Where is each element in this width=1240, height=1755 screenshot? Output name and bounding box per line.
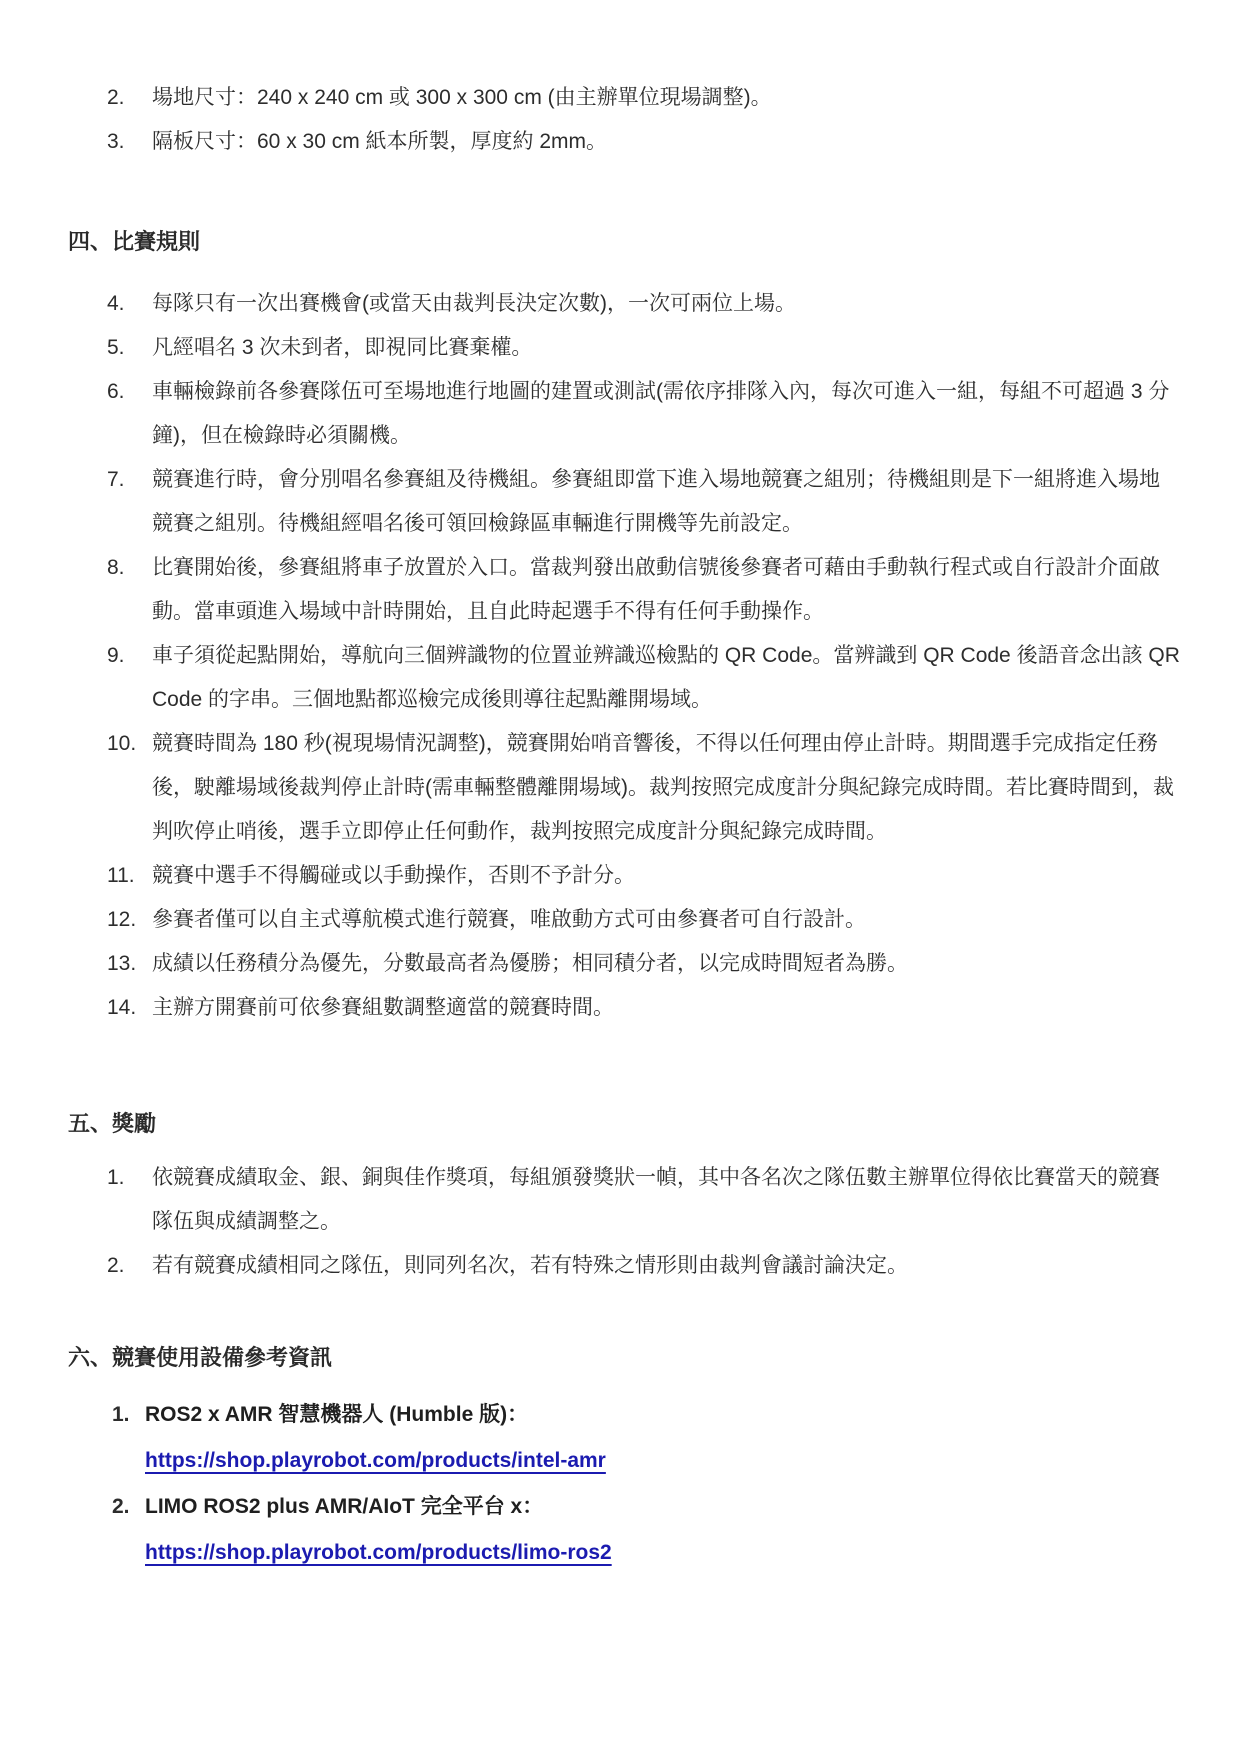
- equipment-link[interactable]: https://shop.playrobot.com/products/inte…: [145, 1449, 606, 1472]
- list-item-number: 3.: [107, 120, 152, 164]
- awards-list: 1. 依競賽成績取金、銀、銅與佳作獎項，每組頒發獎狀一幀，其中各名次之隊伍數主辦…: [107, 1156, 1180, 1288]
- list-item-text: 若有競賽成績相同之隊伍，則同列名次，若有特殊之情形則由裁判會議討論決定。: [152, 1244, 1180, 1288]
- list-item: 13. 成績以任務積分為優先，分數最高者為優勝；相同積分者，以完成時間短者為勝。: [107, 942, 1180, 986]
- equipment-item: 1. ROS2 x AMR 智慧機器人 (Humble 版)：: [112, 1392, 1180, 1438]
- list-item: 7. 競賽進行時，會分別唱名參賽組及待機組。參賽組即當下進入場地競賽之組別；待機…: [107, 458, 1180, 546]
- list-item-number: 1.: [112, 1392, 145, 1438]
- list-item-number: 6.: [107, 370, 152, 414]
- list-item-text: 競賽時間為 180 秒(視現場情況調整)，競賽開始哨音響後，不得以任何理由停止計…: [152, 722, 1180, 854]
- list-item: 8. 比賽開始後，參賽組將車子放置於入口。當裁判發出啟動信號後參賽者可藉由手動執…: [107, 546, 1180, 634]
- list-item-text: 凡經唱名 3 次未到者，即視同比賽棄權。: [152, 326, 1180, 370]
- list-item: 10. 競賽時間為 180 秒(視現場情況調整)，競賽開始哨音響後，不得以任何理…: [107, 722, 1180, 854]
- list-item: 2. 場地尺寸：240 x 240 cm 或 300 x 300 cm (由主辦…: [107, 76, 1180, 120]
- list-item-text: 依競賽成績取金、銀、銅與佳作獎項，每組頒發獎狀一幀，其中各名次之隊伍數主辦單位得…: [152, 1156, 1180, 1244]
- section-heading-awards: 五、獎勵: [68, 1102, 1180, 1146]
- list-item-text: 主辦方開賽前可依參賽組數調整適當的競賽時間。: [152, 986, 1180, 1030]
- list-item-text: 場地尺寸：240 x 240 cm 或 300 x 300 cm (由主辦單位現…: [152, 76, 1180, 120]
- list-item: 5. 凡經唱名 3 次未到者，即視同比賽棄權。: [107, 326, 1180, 370]
- list-item: 11. 競賽中選手不得觸碰或以手動操作，否則不予計分。: [107, 854, 1180, 898]
- section-heading-equipment: 六、競賽使用設備參考資訊: [68, 1336, 1180, 1380]
- equipment-item-label: LIMO ROS2 plus AMR/AIoT 完全平台 x：: [145, 1484, 1180, 1530]
- equipment-item-label: ROS2 x AMR 智慧機器人 (Humble 版)：: [145, 1392, 1180, 1438]
- section-heading-rules: 四、比賽規則: [68, 220, 1180, 264]
- list-item-text: 競賽進行時，會分別唱名參賽組及待機組。參賽組即當下進入場地競賽之組別；待機組則是…: [152, 458, 1180, 546]
- list-item-text: 參賽者僅可以自主式導航模式進行競賽，唯啟動方式可由參賽者可自行設計。: [152, 898, 1180, 942]
- list-item: 12. 參賽者僅可以自主式導航模式進行競賽，唯啟動方式可由參賽者可自行設計。: [107, 898, 1180, 942]
- equipment-link-row: https://shop.playrobot.com/products/inte…: [145, 1438, 1180, 1484]
- list-item-number: 4.: [107, 282, 152, 326]
- list-item-number: 11.: [107, 854, 152, 898]
- list-item-number: 12.: [107, 898, 152, 942]
- list-item: 6. 車輛檢錄前各參賽隊伍可至場地進行地圖的建置或測試(需依序排隊入內，每次可進…: [107, 370, 1180, 458]
- list-item-text: 成績以任務積分為優先，分數最高者為優勝；相同積分者，以完成時間短者為勝。: [152, 942, 1180, 986]
- document-page: 2. 場地尺寸：240 x 240 cm 或 300 x 300 cm (由主辦…: [0, 0, 1240, 1755]
- list-item-text: 競賽中選手不得觸碰或以手動操作，否則不予計分。: [152, 854, 1180, 898]
- equipment-link-row: https://shop.playrobot.com/products/limo…: [145, 1530, 1180, 1576]
- equipment-list: 1. ROS2 x AMR 智慧機器人 (Humble 版)： https://…: [112, 1392, 1180, 1576]
- list-item-number: 2.: [112, 1484, 145, 1530]
- list-item-number: 7.: [107, 458, 152, 502]
- list-item-number: 2.: [107, 1244, 152, 1288]
- list-item: 2. 若有競賽成績相同之隊伍，則同列名次，若有特殊之情形則由裁判會議討論決定。: [107, 1244, 1180, 1288]
- list-item-number: 1.: [107, 1156, 152, 1200]
- list-item: 14. 主辦方開賽前可依參賽組數調整適當的競賽時間。: [107, 986, 1180, 1030]
- list-item-number: 2.: [107, 76, 152, 120]
- list-item: 1. 依競賽成績取金、銀、銅與佳作獎項，每組頒發獎狀一幀，其中各名次之隊伍數主辦…: [107, 1156, 1180, 1244]
- list-item: 3. 隔板尺寸：60 x 30 cm 紙本所製，厚度約 2mm。: [107, 120, 1180, 164]
- list-item-text: 隔板尺寸：60 x 30 cm 紙本所製，厚度約 2mm。: [152, 120, 1180, 164]
- list-item-text: 每隊只有一次出賽機會(或當天由裁判長決定次數)，一次可兩位上場。: [152, 282, 1180, 326]
- list-item-number: 9.: [107, 634, 152, 678]
- intro-list: 2. 場地尺寸：240 x 240 cm 或 300 x 300 cm (由主辦…: [107, 76, 1180, 164]
- rules-list: 4. 每隊只有一次出賽機會(或當天由裁判長決定次數)，一次可兩位上場。 5. 凡…: [107, 282, 1180, 1030]
- list-item-text: 車輛檢錄前各參賽隊伍可至場地進行地圖的建置或測試(需依序排隊入內，每次可進入一組…: [152, 370, 1180, 458]
- list-item-number: 10.: [107, 722, 152, 766]
- list-item-number: 8.: [107, 546, 152, 590]
- list-item-number: 14.: [107, 986, 152, 1030]
- list-item-text: 車子須從起點開始，導航向三個辨識物的位置並辨識巡檢點的 QR Code。當辨識到…: [152, 634, 1180, 722]
- list-item-number: 13.: [107, 942, 152, 986]
- list-item-text: 比賽開始後，參賽組將車子放置於入口。當裁判發出啟動信號後參賽者可藉由手動執行程式…: [152, 546, 1180, 634]
- equipment-link[interactable]: https://shop.playrobot.com/products/limo…: [145, 1541, 612, 1564]
- list-item-number: 5.: [107, 326, 152, 370]
- list-item: 9. 車子須從起點開始，導航向三個辨識物的位置並辨識巡檢點的 QR Code。當…: [107, 634, 1180, 722]
- equipment-item: 2. LIMO ROS2 plus AMR/AIoT 完全平台 x：: [112, 1484, 1180, 1530]
- list-item: 4. 每隊只有一次出賽機會(或當天由裁判長決定次數)，一次可兩位上場。: [107, 282, 1180, 326]
